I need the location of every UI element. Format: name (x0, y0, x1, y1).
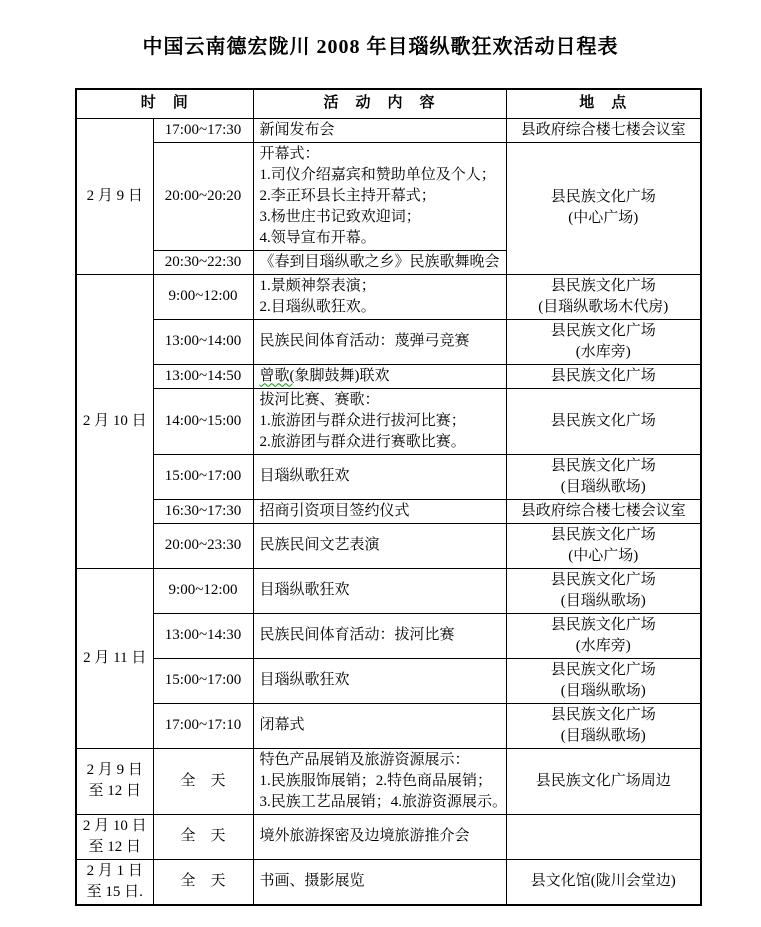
location-cell: 县民族文化广场 (目瑙纵歌场) (506, 454, 701, 499)
time-cell: 14:00~15:00 (153, 388, 253, 454)
time-cell: 15:00~17:00 (153, 454, 253, 499)
table-row: 15:00~17:00 目瑙纵歌狂欢 县民族文化广场 (目瑙纵歌场) (76, 658, 701, 703)
date-cell: 2 月 1 日 至 15 日. (76, 859, 153, 905)
activity-cell: 民族民间文艺表演 (253, 523, 506, 568)
time-cell: 17:00~17:30 (153, 118, 253, 142)
time-cell: 13:00~14:00 (153, 319, 253, 364)
activity-cell: 闭幕式 (253, 703, 506, 748)
activity-text: 象脚鼓舞)联欢 (295, 368, 390, 384)
date-cell: 2 月 9 日 至 12 日 (76, 748, 153, 814)
activity-cell: 书画、摄影展览 (253, 859, 506, 905)
activity-cell: 民族民间体育活动：蔑弹弓竞赛 (253, 319, 506, 364)
activity-cell: 目瑙纵歌狂欢 (253, 568, 506, 613)
table-row: 13:00~14:50 曾歌(象脚鼓舞)联欢 县民族文化广场 (76, 364, 701, 388)
activity-cell: 新闻发布会 (253, 118, 506, 142)
activity-cell: 《春到目瑙纵歌之乡》民族歌舞晚会 (253, 250, 506, 274)
table-row: 2 月 1 日 至 15 日. 全 天 书画、摄影展览 县文化馆(陇川会堂边) (76, 859, 701, 905)
time-cell: 全 天 (153, 859, 253, 905)
date-cell: 2 月 10 日 至 12 日 (76, 814, 153, 859)
table-row: 2 月 10 日 至 12 日 全 天 境外旅游探密及边境旅游推介会 (76, 814, 701, 859)
time-cell: 全 天 (153, 814, 253, 859)
time-cell: 13:00~14:50 (153, 364, 253, 388)
activity-cell: 目瑙纵歌狂欢 (253, 454, 506, 499)
time-cell: 13:00~14:30 (153, 613, 253, 658)
table-row: 15:00~17:00 目瑙纵歌狂欢 县民族文化广场 (目瑙纵歌场) (76, 454, 701, 499)
location-cell: 县民族文化广场 (目瑙纵歌场) (506, 568, 701, 613)
location-cell: 县文化馆(陇川会堂边) (506, 859, 701, 905)
schedule-table: 时 间 活 动 内 容 地 点 2 月 9 日 17:00~17:30 新闻发布… (75, 88, 702, 906)
table-row: 16:30~17:30 招商引资项目签约仪式 县政府综合楼七楼会议室 (76, 499, 701, 523)
table-row: 13:00~14:00 民族民间体育活动：蔑弹弓竞赛 县民族文化广场 (水库旁) (76, 319, 701, 364)
table-row: 2 月 10 日 9:00~12:00 1.景颇神祭表演； 2.目瑙纵歌狂欢。 … (76, 274, 701, 319)
location-cell: 县民族文化广场 (中心广场) (506, 523, 701, 568)
header-row: 时 间 活 动 内 容 地 点 (76, 89, 701, 118)
location-cell: 县民族文化广场 (水库旁) (506, 319, 701, 364)
activity-cell: 1.景颇神祭表演； 2.目瑙纵歌狂欢。 (253, 274, 506, 319)
activity-cell: 招商引资项目签约仪式 (253, 499, 506, 523)
time-cell: 9:00~12:00 (153, 568, 253, 613)
time-cell: 9:00~12:00 (153, 274, 253, 319)
time-cell: 20:00~20:20 (153, 142, 253, 250)
table-row: 2 月 11 日 9:00~12:00 目瑙纵歌狂欢 县民族文化广场 (目瑙纵歌… (76, 568, 701, 613)
header-activity: 活 动 内 容 (253, 89, 506, 118)
time-cell: 20:00~23:30 (153, 523, 253, 568)
time-cell: 17:00~17:10 (153, 703, 253, 748)
date-cell: 2 月 11 日 (76, 568, 153, 748)
location-cell: 县民族文化广场 (506, 388, 701, 454)
location-cell: 县民族文化广场 (506, 364, 701, 388)
time-cell: 全 天 (153, 748, 253, 814)
activity-cell: 民族民间体育活动：拔河比赛 (253, 613, 506, 658)
location-cell: 县民族文化广场周边 (506, 748, 701, 814)
activity-cell: 拔河比赛、赛歌： 1.旅游团与群众进行拔河比赛； 2.旅游团与群众进行赛歌比赛。 (253, 388, 506, 454)
location-cell: 县民族文化广场 (水库旁) (506, 613, 701, 658)
activity-cell: 境外旅游探密及边境旅游推介会 (253, 814, 506, 859)
activity-cell: 开幕式： 1.司仪介绍嘉宾和赞助单位及个人； 2.李正环县长主持开幕式； 3.杨… (253, 142, 506, 250)
location-cell: 县民族文化广场 (目瑙纵歌场) (506, 703, 701, 748)
spellcheck-squiggle-text: 曾歌( (260, 368, 295, 384)
document-page: { "title": "中国云南德宏陇川 2008 年目瑙纵歌狂欢活动日程表",… (0, 0, 761, 927)
table-row: 2 月 9 日 17:00~17:30 新闻发布会 县政府综合楼七楼会议室 (76, 118, 701, 142)
table-row: 13:00~14:30 民族民间体育活动：拔河比赛 县民族文化广场 (水库旁) (76, 613, 701, 658)
time-cell: 16:30~17:30 (153, 499, 253, 523)
page-title: 中国云南德宏陇川 2008 年目瑙纵歌狂欢活动日程表 (0, 30, 761, 59)
table-row: 20:00~23:30 民族民间文艺表演 县民族文化广场 (中心广场) (76, 523, 701, 568)
header-time: 时 间 (76, 89, 253, 118)
location-cell (506, 814, 701, 859)
location-cell: 县民族文化广场 (目瑙纵歌场) (506, 658, 701, 703)
date-cell: 2 月 10 日 (76, 274, 153, 568)
table-row: 20:00~20:20 开幕式： 1.司仪介绍嘉宾和赞助单位及个人； 2.李正环… (76, 142, 701, 250)
time-cell: 15:00~17:00 (153, 658, 253, 703)
location-cell: 县政府综合楼七楼会议室 (506, 499, 701, 523)
date-cell: 2 月 9 日 (76, 118, 153, 274)
location-cell: 县民族文化广场 (中心广场) (506, 142, 701, 274)
table-row: 2 月 9 日 至 12 日 全 天 特色产品展销及旅游资源展示： 1.民族服饰… (76, 748, 701, 814)
header-location: 地 点 (506, 89, 701, 118)
activity-cell: 目瑙纵歌狂欢 (253, 658, 506, 703)
table-row: 14:00~15:00 拔河比赛、赛歌： 1.旅游团与群众进行拔河比赛； 2.旅… (76, 388, 701, 454)
activity-cell: 特色产品展销及旅游资源展示： 1.民族服饰展销；2.特色商品展销； 3.民族工艺… (253, 748, 506, 814)
table-row: 17:00~17:10 闭幕式 县民族文化广场 (目瑙纵歌场) (76, 703, 701, 748)
location-cell: 县民族文化广场 (目瑙纵歌场木代房) (506, 274, 701, 319)
location-cell: 县政府综合楼七楼会议室 (506, 118, 701, 142)
activity-cell: 曾歌(象脚鼓舞)联欢 (253, 364, 506, 388)
time-cell: 20:30~22:30 (153, 250, 253, 274)
